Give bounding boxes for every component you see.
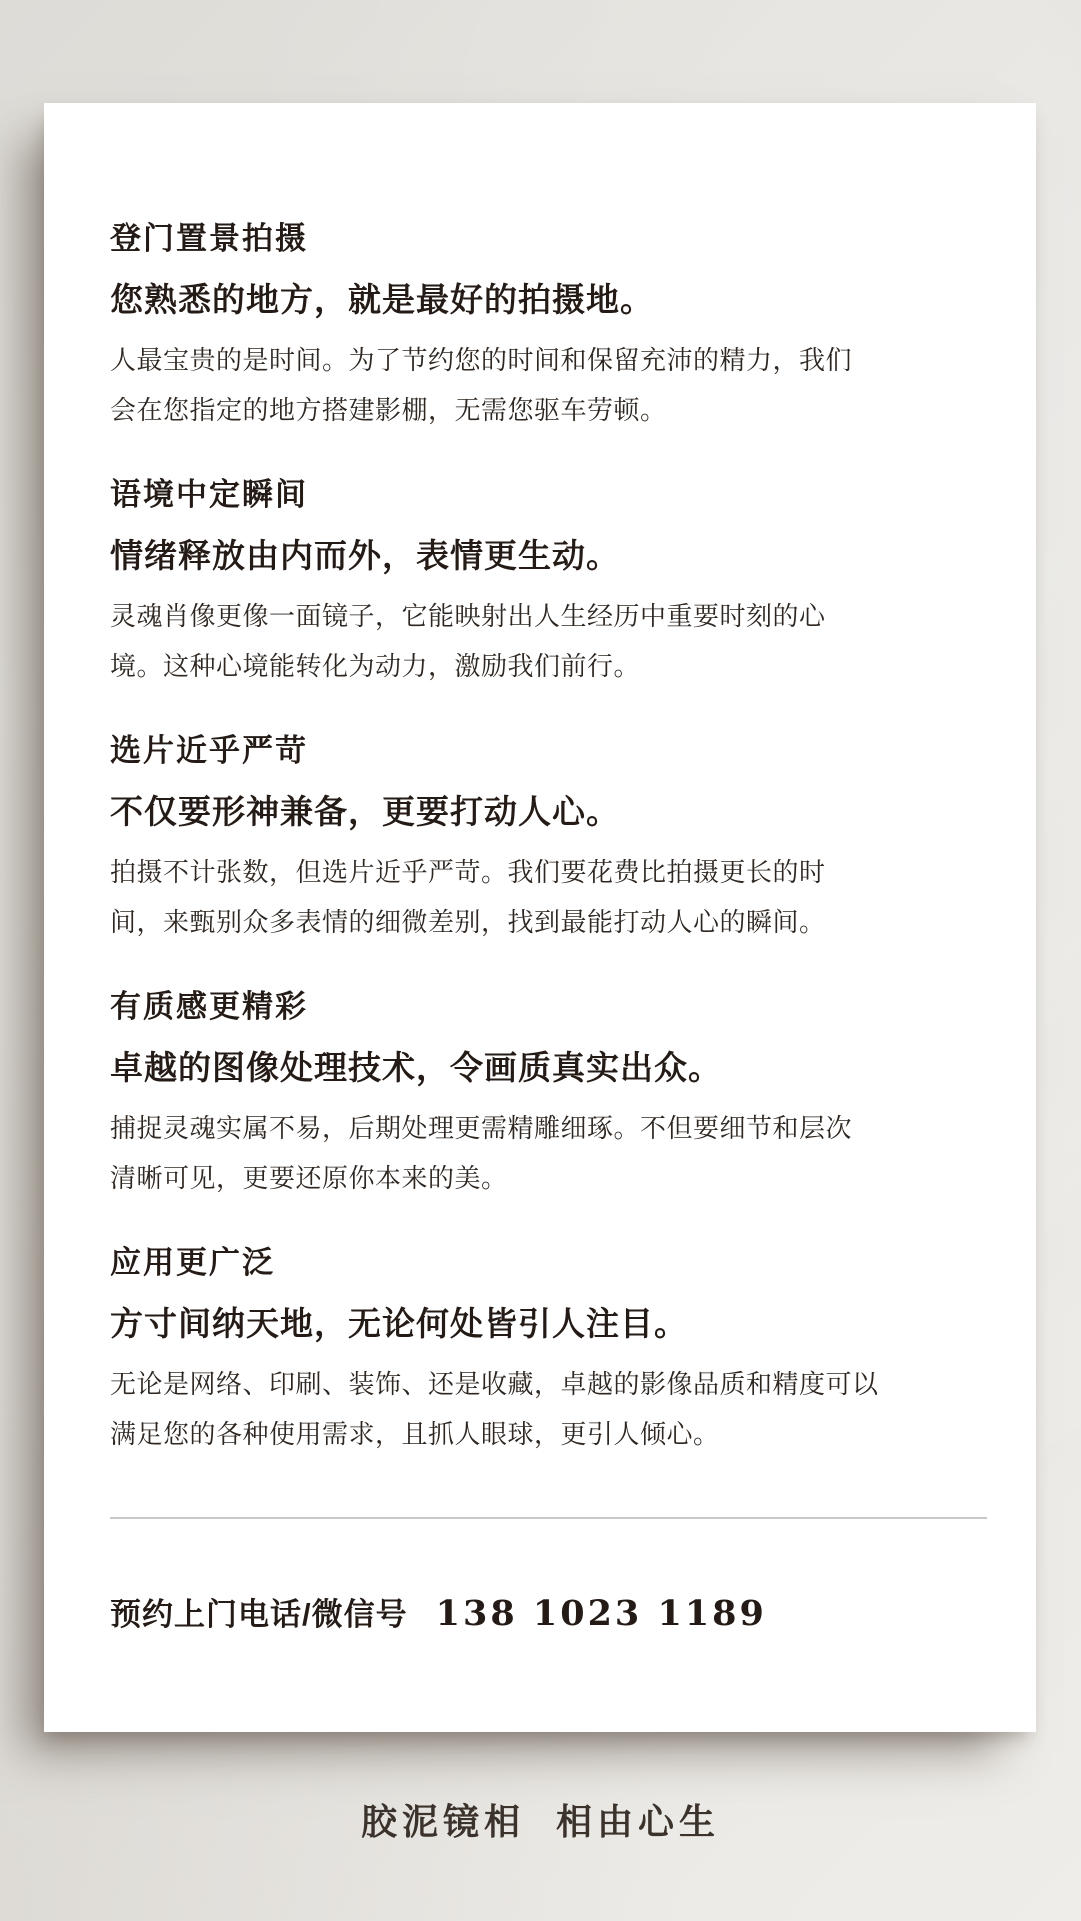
wall-background: 登门置景拍摄 您熟悉的地方，就是最好的拍摄地。 人最宝贵的是时间。为了节约您的时… <box>0 0 1081 1921</box>
section-subheading: 情绪释放由内而外，表情更生动。 <box>110 535 987 577</box>
section-heading: 登门置景拍摄 <box>110 221 987 257</box>
feature-section-wide-application: 应用更广泛 方寸间纳天地，无论何处皆引人注目。 无论是网络、印刷、装饰、还是收藏… <box>110 1245 987 1459</box>
phone-number: 138 1023 1189 <box>436 1593 767 1634</box>
section-subheading: 您熟悉的地方，就是最好的拍摄地。 <box>110 279 987 321</box>
feature-section-strict-selection: 选片近乎严苛 不仅要形神兼备，更要打动人心。 拍摄不计张数，但选片近乎严苛。我们… <box>110 733 987 947</box>
section-heading: 选片近乎严苛 <box>110 733 987 769</box>
section-subheading: 不仅要形神兼备，更要打动人心。 <box>110 791 987 833</box>
section-body: 人最宝贵的是时间。为了节约您的时间和保留充沛的精力，我们 会在您指定的地方搭建影… <box>110 335 987 435</box>
section-body: 捕捉灵魂实属不易，后期处理更需精雕细琢。不但要细节和层次 清晰可见，更要还原你本… <box>110 1103 987 1203</box>
contact-label: 预约上门电话/微信号 <box>110 1597 408 1632</box>
section-body: 无论是网络、印刷、装饰、还是收藏，卓越的影像品质和精度可以 满足您的各种使用需求… <box>110 1359 987 1459</box>
feature-section-home-shoot: 登门置景拍摄 您熟悉的地方，就是最好的拍摄地。 人最宝贵的是时间。为了节约您的时… <box>110 221 987 435</box>
section-body: 拍摄不计张数，但选片近乎严苛。我们要花费比拍摄更长的时 间，来甄别众多表情的细微… <box>110 847 987 947</box>
divider-line <box>110 1517 987 1519</box>
section-heading: 语境中定瞬间 <box>110 477 987 513</box>
section-subheading: 方寸间纳天地，无论何处皆引人注目。 <box>110 1303 987 1345</box>
brand-tagline: 胶泥镜相 相由心生 <box>0 1800 1081 1844</box>
section-subheading: 卓越的图像处理技术，令画质真实出众。 <box>110 1047 987 1089</box>
section-body: 灵魂肖像更像一面镜子，它能映射出人生经历中重要时刻的心 境。这种心境能转化为动力… <box>110 591 987 691</box>
contact-line: 预约上门电话/微信号138 1023 1189 <box>110 1593 987 1636</box>
section-heading: 应用更广泛 <box>110 1245 987 1281</box>
feature-section-image-quality: 有质感更精彩 卓越的图像处理技术，令画质真实出众。 捕捉灵魂实属不易，后期处理更… <box>110 989 987 1203</box>
poster-card: 登门置景拍摄 您熟悉的地方，就是最好的拍摄地。 人最宝贵的是时间。为了节约您的时… <box>44 103 1036 1732</box>
section-heading: 有质感更精彩 <box>110 989 987 1025</box>
feature-section-context-moment: 语境中定瞬间 情绪释放由内而外，表情更生动。 灵魂肖像更像一面镜子，它能映射出人… <box>110 477 987 691</box>
